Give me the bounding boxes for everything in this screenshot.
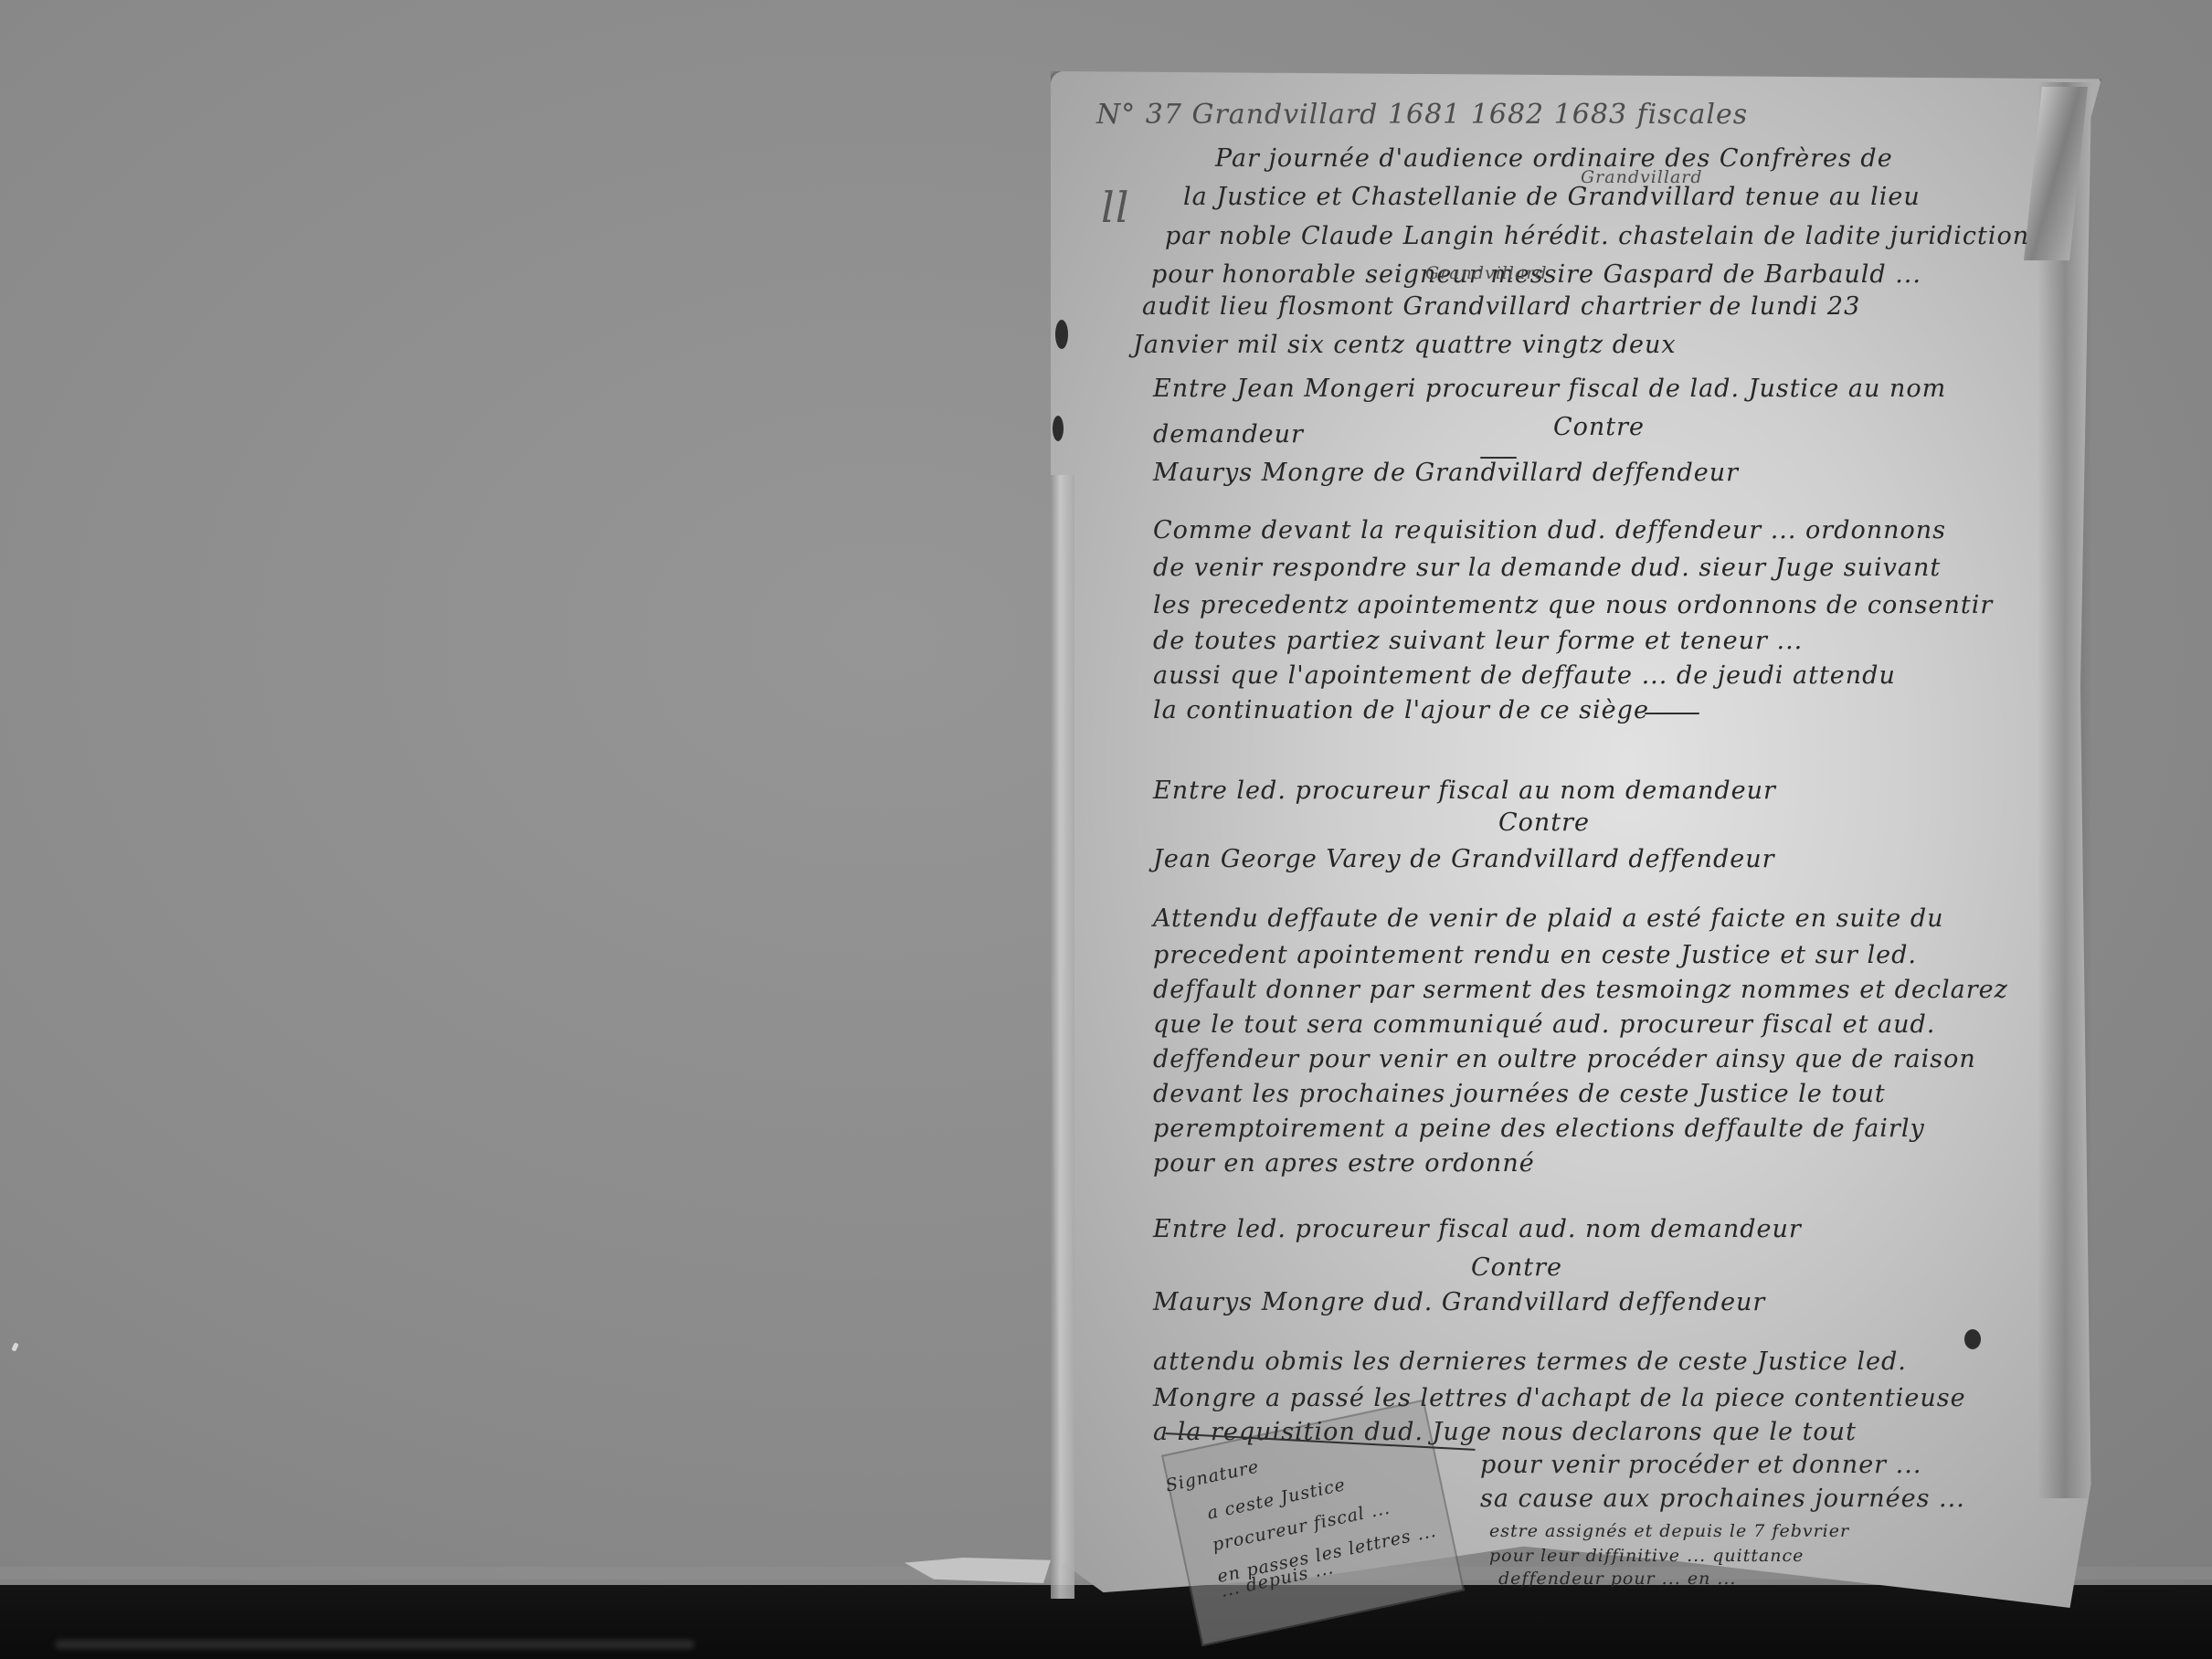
section1-defendant: Maurys Mongre de Grandvillard deffendeur	[1153, 459, 1739, 487]
section2-defendant: Jean George Varey de Grandvillard deffen…	[1153, 845, 1775, 873]
section2-contre: Contre	[1498, 808, 1590, 837]
interlinear-note: Grandvillard	[1425, 263, 1548, 283]
section3-ruling-line: pour leur diffinitive ... quittance	[1489, 1546, 1804, 1566]
opening-line: Janvier mil six centz quattre vingtz deu…	[1133, 331, 1677, 359]
section2-ruling-line: Attendu deffaute de venir de plaid a est…	[1153, 904, 1944, 933]
ink-stain	[1964, 1329, 1981, 1349]
section3-ruling-line: a la requisition dud. Juge nous declaron…	[1153, 1418, 1857, 1446]
opening-line: Par journée d'audience ordinaire des Con…	[1215, 144, 1893, 173]
page-right-edge	[2037, 82, 2092, 1498]
section3-ruling-line: estre assignés et depuis le 7 febvrier	[1489, 1521, 1849, 1541]
ink-stain	[1055, 320, 1068, 349]
section3-contre: Contre	[1471, 1253, 1562, 1282]
margin-note: ll	[1101, 183, 1129, 232]
section2-plaintiff: Entre led. procureur fiscal au nom deman…	[1153, 777, 1776, 805]
section3-defendant: Maurys Mongre dud. Grandvillard deffende…	[1153, 1288, 1765, 1316]
ink-stain	[1053, 416, 1064, 441]
document-header: N° 37 Grandvillard 1681 1682 1683 fiscal…	[1096, 99, 1748, 131]
section1-ruling-line: la continuation de l'ajour de ce siège	[1153, 696, 1649, 724]
section3-ruling-line: deffendeur pour ... en ...	[1498, 1569, 1736, 1589]
section2-ruling-line: deffendeur pour venir en oultre procéder…	[1153, 1045, 1976, 1073]
opening-line: audit lieu flosmont Grandvillard chartri…	[1142, 292, 1860, 321]
section2-ruling-line: pour en apres estre ordonné	[1153, 1149, 1535, 1178]
section3-ruling-line: sa cause aux prochaines journées ...	[1480, 1485, 1965, 1513]
section2-ruling-line: precedent apointement rendu en ceste Jus…	[1153, 941, 1917, 969]
section3-ruling-line: attendu obmis les dernieres termes de ce…	[1153, 1347, 1907, 1376]
page-left-edge	[1051, 475, 1074, 1599]
section2-ruling-line: devant les prochaines journées de ceste …	[1153, 1080, 1886, 1108]
section1-ruling-line: Comme devant la requisition dud. deffend…	[1153, 516, 1946, 544]
opening-line: par noble Claude Langin hérédit. chastel…	[1165, 222, 2029, 250]
section3-ruling-line: pour venir procéder et donner ...	[1480, 1451, 1921, 1479]
section1-ruling-line: de toutes partiez suivant leur forme et …	[1153, 627, 1803, 655]
section2-ruling-line: peremptoirement a peine des elections de…	[1153, 1115, 1925, 1143]
floor-reflection	[55, 1640, 694, 1649]
section3-plaintiff: Entre led. procureur fiscal aud. nom dem…	[1153, 1215, 1802, 1243]
section1-ruling-line: de venir respondre sur la demande dud. s…	[1153, 554, 1941, 582]
section1-ruling-line: les precedentz apointementz que nous ord…	[1153, 591, 1993, 619]
section3-ruling-line: Mongre a passé les lettres d'achapt de l…	[1153, 1384, 1966, 1412]
section2-ruling-line: que le tout sera communiqué aud. procure…	[1153, 1010, 1935, 1039]
section2-ruling-line: deffault donner par serment des tesmoing…	[1153, 976, 2008, 1004]
section1-ruling-line: aussi que l'apointement de deffaute ... …	[1153, 661, 1896, 690]
ink-flourish	[1645, 713, 1699, 714]
section1-contre: Contre	[1553, 413, 1645, 441]
opening-line: la Justice et Chastellanie de Grandvilla…	[1183, 183, 1921, 211]
section1-plaintiff: Entre Jean Mongeri procureur fiscal de l…	[1153, 375, 1946, 403]
ink-flourish	[1480, 457, 1517, 459]
section1-plaintiff-role: demandeur	[1153, 420, 1304, 449]
